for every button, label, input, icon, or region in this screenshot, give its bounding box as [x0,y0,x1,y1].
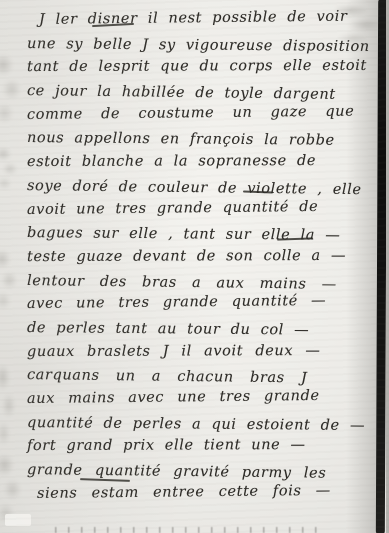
manuscript-line: guaux braslets J il avoit deux — [27,339,375,364]
manuscript-line: avec une tres grande quantité — [27,290,375,317]
paper-light-patch [5,514,31,526]
manuscript-line: J ler disner il nest possible de voir [27,5,375,32]
cutoff-next-line-strokes [55,527,327,533]
manuscript-page: J ler disner il nest possible de voir un… [0,0,389,533]
bleedthrough-mark [0,362,16,446]
bleedthrough-mark [0,146,18,190]
manuscript-line: tant de lesprit que du corps elle estoit [27,55,375,80]
manuscript-line: aux mains avec une tres grande [27,384,375,411]
manuscript-line: teste guaze devant de son colle a — [27,245,375,270]
bleedthrough-mark [0,52,22,124]
manuscript-line: siens estam entree cette fois — [27,479,375,506]
manuscript-text-block: J ler disner il nest possible de voir un… [27,9,375,506]
manuscript-line: fort grand prix elle tient une — [27,434,375,459]
manuscript-line: comme de coustume un gaze que [27,100,375,127]
manuscript-line: estoit blanche a la sopranesse de [27,150,375,175]
bleedthrough-mark [0,248,18,310]
manuscript-line: avoit une tres grande quantité de [27,195,375,222]
